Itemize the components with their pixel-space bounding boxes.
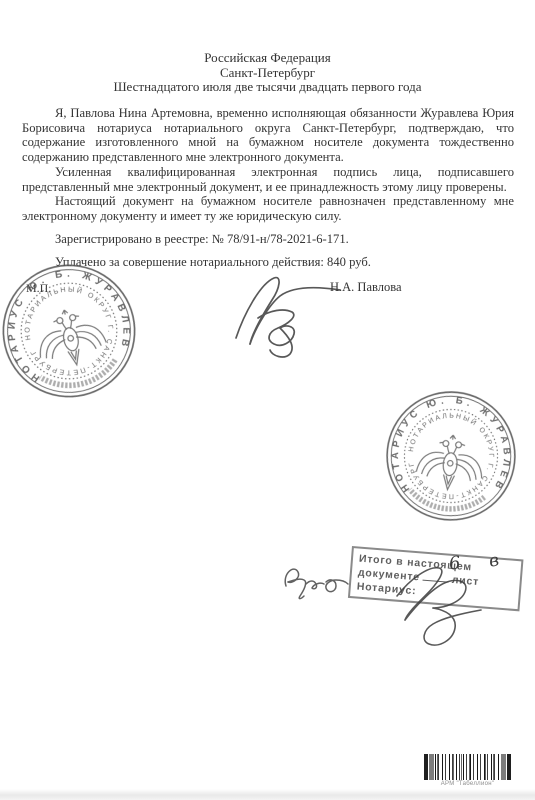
header-country: Российская Федерация [0, 51, 535, 66]
notary-round-seal-bottom: НОТАРИУС Ю. Б. ЖУРАВЛЕВ НОТАРИАЛЬНЫЙ ОКР… [371, 376, 531, 536]
double-headed-eagle-icon [415, 432, 486, 493]
document-header: Российская Федерация Санкт-Петербург Шес… [0, 51, 535, 95]
paragraph-signature-verified: Усиленная квалифицированная электронная … [22, 165, 514, 194]
paragraph-equivalence: Я, Павлова Нина Артемовна, временно испо… [22, 106, 514, 165]
barcode-gray-bar-right [501, 754, 506, 780]
svg-text:НОТАРИУС Ю. Б. ЖУРАВЛЕВ: НОТАРИУС Ю. Б. ЖУРАВЛЕВ [0, 256, 140, 388]
barcode-start-bar [424, 754, 428, 780]
barcode-gray-bar-left [429, 754, 434, 780]
seal-outer-ring [381, 386, 521, 526]
registry-number-line: Зарегистрировано в реестре: № 78/91-н/78… [22, 232, 514, 247]
barcode-data-area [435, 754, 500, 780]
paragraph-legal-force: Настоящий документ на бумажном носителе … [22, 194, 514, 223]
scanned-notarial-document: Российская Федерация Санкт-Петербург Шес… [0, 0, 535, 800]
barcode-icon [424, 754, 511, 780]
handwritten-note-icon [280, 556, 352, 606]
svg-text:НОТАРИАЛЬНЫЙ ОКРУГ Г. САНКТ-ПЕ: НОТАРИАЛЬНЫЙ ОКРУГ Г. САНКТ-ПЕТЕРБУРГ [403, 408, 498, 503]
seal-outer-text: НОТАРИУС Ю. Б. ЖУРАВЛЕВ [0, 256, 140, 388]
barcode-block: АРМ "Табеллион" [424, 754, 511, 787]
seal-outer-ring-2 [385, 390, 516, 521]
scan-edge-shadow [0, 789, 535, 800]
notary-signature-on-stamp-icon [385, 556, 495, 651]
seal-inner-text: НОТАРИАЛЬНЫЙ ОКРУГ Г. САНКТ-ПЕТЕРБУРГ [403, 408, 498, 503]
notary-signature-icon [222, 266, 342, 361]
document-body: Я, Павлова Нина Артемовна, временно испо… [22, 106, 514, 270]
header-city: Санкт-Петербург [0, 66, 535, 81]
barcode-stop-bar [507, 754, 511, 780]
header-date: Шестнадцатого июля две тысячи двадцать п… [0, 80, 535, 95]
barcode-caption: АРМ "Табеллион" [424, 781, 511, 787]
